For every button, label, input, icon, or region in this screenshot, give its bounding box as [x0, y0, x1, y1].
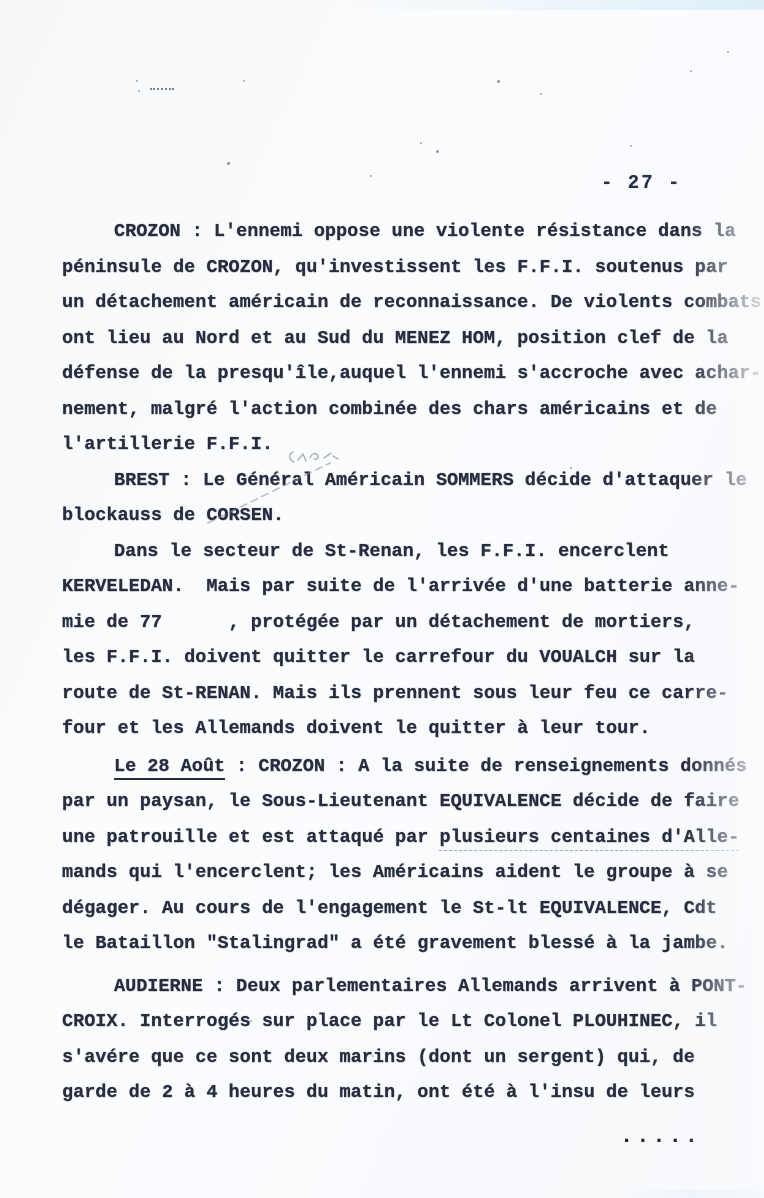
- text-line: mie de 77 , protégée par un détachement …: [62, 605, 764, 641]
- scanned-document-page: - 27 - CROZON : L'ennemi oppose une viol…: [0, 0, 764, 1198]
- text-line: défense de la presqu'île,auquel l'ennemi…: [62, 356, 764, 392]
- text-line: nement, malgré l'action combinée des cha…: [62, 392, 764, 428]
- scan-speck: [227, 162, 230, 165]
- scan-edge-tint-bottom: [624, 1190, 764, 1198]
- scan-speck: [630, 145, 632, 147]
- text-line: blockauss de CORSEN.: [62, 498, 764, 534]
- text-line: un détachement américain de reconnaissan…: [62, 285, 764, 321]
- text-line: route de St-RENAN. Mais ils prennent sou…: [62, 676, 764, 712]
- text-line: CROZON : L'ennemi oppose une violente ré…: [62, 214, 764, 250]
- text-line: s'avére que ce sont deux marins (dont un…: [62, 1040, 764, 1076]
- text-line: mands qui l'encerclent; les Américains a…: [62, 855, 764, 891]
- text-line: garde de 2 à 4 heures du matin, ont été …: [62, 1075, 764, 1111]
- scan-speck: [497, 80, 500, 83]
- date-heading-underlined: Le 28 Août: [114, 756, 225, 780]
- scan-speck: [370, 175, 372, 177]
- scan-speck: [420, 142, 422, 144]
- scan-edge-tint: [344, 0, 764, 10]
- text-line: péninsule de CROZON, qu'investissent les…: [62, 250, 764, 286]
- scan-speck: [243, 80, 245, 82]
- text-line-underline: une patrouille et est attaqué par plusie…: [62, 820, 764, 856]
- text-line: Dans le secteur de St-Renan, les F.F.I. …: [62, 534, 764, 570]
- document-body: CROZON : L'ennemi oppose une violente ré…: [62, 214, 764, 1111]
- text-line-date: Le 28 Août : CROZON : A la suite de rens…: [62, 749, 764, 785]
- text-line: KERVELEDAN. Mais par suite de l'arrivée …: [62, 569, 764, 605]
- scan-speck-row: [150, 88, 174, 90]
- text-line: four et les Allemands doivent le quitter…: [62, 711, 764, 747]
- trailing-ellipsis: .....: [620, 1124, 701, 1149]
- text-line: le Bataillon "Stalingrad" a été gravemen…: [62, 926, 764, 962]
- text-line: AUDIERNE : Deux parlementaires Allemands…: [62, 969, 764, 1005]
- text-line: CROIX. Interrogés sur place par le Lt Co…: [62, 1004, 764, 1040]
- text-line: par un paysan, le Sous-Lieutenant EQUIVA…: [62, 784, 764, 820]
- scan-speck: [727, 51, 729, 53]
- text-line: les F.F.I. doivent quitter le carrefour …: [62, 640, 764, 676]
- attack-line-pencil-underlined: plusieurs centaines d'Alle-: [439, 827, 739, 851]
- page-number: - 27 -: [601, 172, 681, 194]
- text-line: ont lieu au Nord et au Sud du MENEZ HOM,…: [62, 321, 764, 357]
- scan-speck: [436, 150, 439, 153]
- scan-speck: [136, 80, 138, 82]
- text-line: l'artillerie F.F.I.: [62, 427, 764, 463]
- text-line: dégager. Au cours de l'engagement le St-…: [62, 891, 764, 927]
- scan-speck: [540, 93, 542, 95]
- date-heading-rest: : CROZON : A la suite de renseignements …: [225, 756, 747, 777]
- scan-speck: [690, 70, 692, 72]
- attack-line-prefix: une patrouille et est attaqué par: [62, 827, 439, 848]
- scan-speck: [138, 90, 140, 92]
- text-line: BREST : Le Général Américain SOMMERS déc…: [62, 463, 764, 499]
